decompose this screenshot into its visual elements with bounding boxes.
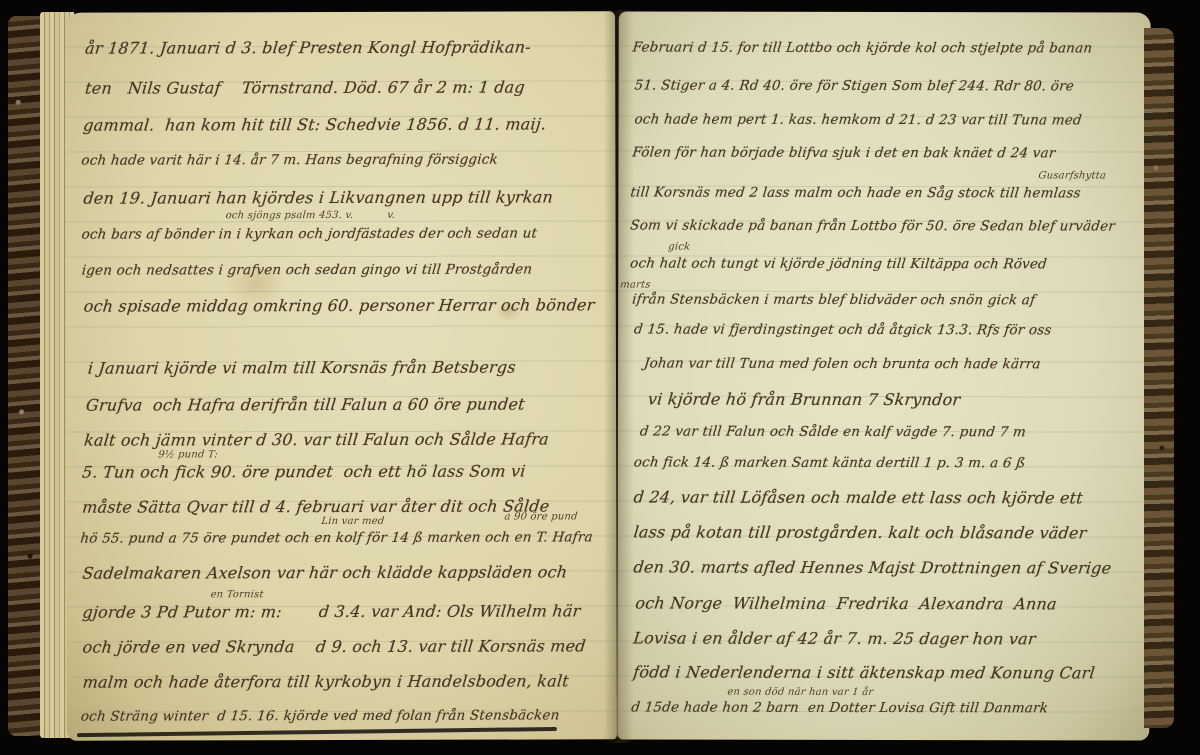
page-bottom-shadow [77,727,557,737]
manuscript-line: Fölen för han började blifva sjuk i det … [632,144,1057,161]
manuscript-line: ten Nils Gustaf Törnstrand. Död. 67 år 2… [84,78,526,98]
manuscript-line: Februari d 15. for till Lottbo och kjörd… [632,39,1093,56]
right-page: Februari d 15. for till Lottbo och kjörd… [617,11,1151,740]
manuscript-line: gammal. han kom hit till St: Schedvie 18… [82,114,547,134]
interlinear-annotation: 9½ pund T: [158,449,219,460]
manuscript-line: den 19. Januari han kjördes i Likvangnen… [83,187,555,207]
interlinear-annotation: gick [668,242,691,253]
left-page: år 1871. Januari d 3. blef Presten Kongl… [65,11,617,740]
manuscript-line: och fick 14. ß marken Samt känta dertill… [633,454,1026,471]
manuscript-line: och spisade middag omkring 60. personer … [83,295,596,315]
manuscript-line: d 24, var till Löfåsen och malde ett las… [633,487,1084,507]
manuscript-line: i Januari kjörde vi malm till Korsnäs fr… [87,358,517,378]
manuscript-line: måste Sätta Qvar till d 4. februari var … [81,496,550,516]
manuscript-line: gjorde 3 Pd Putor m: m: d 3.4. var And: … [82,601,582,621]
interlinear-annotation: Lin var med [321,516,385,527]
manuscript-line: d 22 var till Falun och Sålde en kalf vä… [639,423,1027,440]
interlinear-annotation: och sjöngs psalm 453. v. v. [225,210,396,221]
interlinear-annotation: en son död när han var 1 år [727,687,874,698]
manuscript-line: den 30. marts afled Hennes Majst Drottni… [633,557,1113,577]
interlinear-annotation: Gusarfshytta [1038,170,1107,181]
right-cover-edge [1144,28,1174,728]
manuscript-line: och hade hem pert 1. kas. hemkom d 21. d… [634,111,1083,128]
manuscript-line: och halt och tungt vi kjörde jödning til… [629,255,1047,272]
manuscript-line: Grufva och Hafra derifrån till Falun a 6… [85,395,526,415]
manuscript-line: född i Nederlenderna i sitt äktenskap me… [632,662,1096,682]
interlinear-annotation: en Tornist [210,589,264,600]
manuscript-line: och bars af bönder in i kyrkan och jordf… [81,225,538,242]
manuscript-line: hö 55. pund a 75 öre pundet och en kolf … [80,529,594,546]
manuscript-line: Johan var till Tuna med folen och brunta… [643,355,1041,372]
manuscript-line: och hade varit här i 14. år 7 m. Hans be… [81,152,499,169]
manuscript-line: Som vi skickade på banan från Lottbo för… [629,217,1115,234]
interlinear-annotation: a 90 öre pund [504,511,578,522]
manuscript-line: malm och hade återfora till kyrkobyn i H… [82,671,570,691]
manuscript-line: ifrån Stensbäcken i marts blef blidväder… [631,291,1036,308]
open-book: år 1871. Januari d 3. blef Presten Kongl… [8,10,1176,743]
manuscript-line: d 15. hade vi fjerdingstinget och då åtg… [633,321,1052,338]
photo-background: år 1871. Januari d 3. blef Presten Kongl… [0,0,1200,755]
manuscript-line: Sadelmakaren Axelson var här och klädde … [82,562,569,582]
manuscript-line: och Sträng winter d 15. 16. kjörde ved m… [80,707,560,724]
manuscript-line: igen och nedsattes i grafven och sedan g… [81,261,533,278]
book-spine [8,16,42,736]
manuscript-line: och jörde en ved Skrynda d 9. och 13. va… [82,636,587,656]
manuscript-line: vi kjörde hö från Brunnan 7 Skryndor [647,390,961,410]
manuscript-line: kalt och jämn vinter d 30. var till Falu… [83,429,550,449]
manuscript-line: 51. Stiger a 4. Rd 40. öre för Stigen So… [634,77,1075,94]
manuscript-line: Lovisa i en ålder af 42 år 7. m. 25 dage… [632,628,1036,648]
manuscript-line: och Norge Wilhelmina Fredrika Alexandra … [635,593,1058,613]
manuscript-line: år 1871. Januari d 3. blef Presten Kongl… [84,37,532,57]
manuscript-line: till Korsnäs med 2 lass malm och hade en… [630,184,1082,201]
manuscript-line: d 15de hade hon 2 barn en Dotter Lovisa … [630,699,1048,716]
manuscript-line: 5. Tun och fick 90. öre pundet och ett h… [81,462,526,482]
manuscript-line: lass på kotan till prostgården. kalt och… [633,522,1088,542]
book-gutter-shadow [604,10,634,743]
